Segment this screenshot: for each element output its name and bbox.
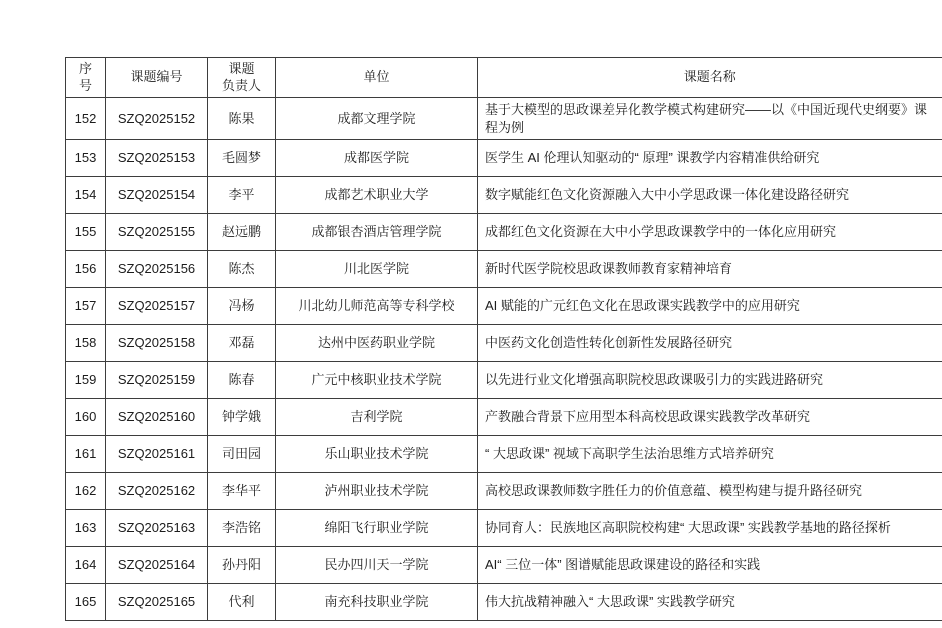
table-row: 153SZQ2025153毛圆梦成都医学院医学生 AI 伦理认知驱动的“ 原理”…: [66, 140, 942, 177]
title-cell: 中医药文化创造性转化创新性发展路径研究: [478, 325, 942, 362]
code-cell: SZQ2025163: [106, 510, 208, 547]
column-header-leader: 课题 负责人: [208, 58, 276, 98]
leader-cell: 李平: [208, 177, 276, 214]
table-row: 159SZQ2025159陈春广元中核职业技术学院以先进行业文化增强高职院校思政…: [66, 362, 942, 399]
leader-cell: 冯杨: [208, 288, 276, 325]
title-cell: 医学生 AI 伦理认知驱动的“ 原理” 课教学内容精准供给研究: [478, 140, 942, 177]
column-header-title: 课题名称: [478, 58, 942, 98]
serial-cell: 161: [66, 436, 106, 473]
serial-cell: 162: [66, 473, 106, 510]
title-cell: 伟大抗战精神融入“ 大思政课” 实践教学研究: [478, 584, 942, 621]
code-cell: SZQ2025160: [106, 399, 208, 436]
code-cell: SZQ2025153: [106, 140, 208, 177]
table-row: 165SZQ2025165代利南充科技职业学院伟大抗战精神融入“ 大思政课” 实…: [66, 584, 942, 621]
title-cell: 高校思政课教师数字胜任力的价值意蕴、模型构建与提升路径研究: [478, 473, 942, 510]
serial-cell: 157: [66, 288, 106, 325]
leader-cell: 司田园: [208, 436, 276, 473]
code-cell: SZQ2025155: [106, 214, 208, 251]
column-header-code: 课题编号: [106, 58, 208, 98]
table-row: 154SZQ2025154李平成都艺术职业大学数字赋能红色文化资源融入大中小学思…: [66, 177, 942, 214]
leader-cell: 孙丹阳: [208, 547, 276, 584]
table-row: 161SZQ2025161司田园乐山职业技术学院“ 大思政课” 视域下高职学生法…: [66, 436, 942, 473]
column-header-unit: 单位: [276, 58, 478, 98]
code-cell: SZQ2025161: [106, 436, 208, 473]
title-cell: 基于大模型的思政课差异化教学模式构建研究——以《中国近现代史纲要》课程为例: [478, 98, 942, 140]
unit-cell: 成都银杏酒店管理学院: [276, 214, 478, 251]
code-cell: SZQ2025158: [106, 325, 208, 362]
serial-cell: 159: [66, 362, 106, 399]
table-row: 152SZQ2025152陈果成都文理学院基于大模型的思政课差异化教学模式构建研…: [66, 98, 942, 140]
table-row: 164SZQ2025164孙丹阳民办四川天一学院AI“ 三位一体” 图谱赋能思政…: [66, 547, 942, 584]
document-page: 序 号课题编号课题 负责人单位课题名称 152SZQ2025152陈果成都文理学…: [65, 57, 942, 621]
unit-cell: 绵阳飞行职业学院: [276, 510, 478, 547]
leader-cell: 赵远鹏: [208, 214, 276, 251]
title-cell: 成都红色文化资源在大中小学思政课教学中的一体化应用研究: [478, 214, 942, 251]
code-cell: SZQ2025152: [106, 98, 208, 140]
title-cell: 以先进行业文化增强高职院校思政课吸引力的实践进路研究: [478, 362, 942, 399]
table-row: 162SZQ2025162李华平泸州职业技术学院高校思政课教师数字胜任力的价值意…: [66, 473, 942, 510]
code-cell: SZQ2025159: [106, 362, 208, 399]
title-cell: 新时代医学院校思政课教师教育家精神培育: [478, 251, 942, 288]
serial-cell: 158: [66, 325, 106, 362]
leader-cell: 李浩铭: [208, 510, 276, 547]
table-row: 155SZQ2025155赵远鹏成都银杏酒店管理学院成都红色文化资源在大中小学思…: [66, 214, 942, 251]
leader-cell: 陈杰: [208, 251, 276, 288]
leader-cell: 李华平: [208, 473, 276, 510]
leader-cell: 代利: [208, 584, 276, 621]
table-body: 152SZQ2025152陈果成都文理学院基于大模型的思政课差异化教学模式构建研…: [66, 98, 942, 621]
title-cell: 产教融合背景下应用型本科高校思政课实践教学改革研究: [478, 399, 942, 436]
leader-cell: 邓磊: [208, 325, 276, 362]
serial-cell: 155: [66, 214, 106, 251]
unit-cell: 川北幼儿师范高等专科学校: [276, 288, 478, 325]
leader-cell: 陈春: [208, 362, 276, 399]
code-cell: SZQ2025165: [106, 584, 208, 621]
title-cell: AI“ 三位一体” 图谱赋能思政课建设的路径和实践: [478, 547, 942, 584]
table-row: 157SZQ2025157冯杨川北幼儿师范高等专科学校AI 赋能的广元红色文化在…: [66, 288, 942, 325]
code-cell: SZQ2025157: [106, 288, 208, 325]
code-cell: SZQ2025154: [106, 177, 208, 214]
code-cell: SZQ2025156: [106, 251, 208, 288]
unit-cell: 乐山职业技术学院: [276, 436, 478, 473]
serial-cell: 152: [66, 98, 106, 140]
code-cell: SZQ2025164: [106, 547, 208, 584]
title-cell: 协同育人：民族地区高职院校构建“ 大思政课” 实践教学基地的路径探析: [478, 510, 942, 547]
unit-cell: 民办四川天一学院: [276, 547, 478, 584]
unit-cell: 泸州职业技术学院: [276, 473, 478, 510]
serial-cell: 154: [66, 177, 106, 214]
unit-cell: 广元中核职业技术学院: [276, 362, 478, 399]
projects-table: 序 号课题编号课题 负责人单位课题名称 152SZQ2025152陈果成都文理学…: [65, 57, 942, 621]
unit-cell: 成都文理学院: [276, 98, 478, 140]
code-cell: SZQ2025162: [106, 473, 208, 510]
unit-cell: 南充科技职业学院: [276, 584, 478, 621]
serial-cell: 164: [66, 547, 106, 584]
serial-cell: 153: [66, 140, 106, 177]
title-cell: 数字赋能红色文化资源融入大中小学思政课一体化建设路径研究: [478, 177, 942, 214]
leader-cell: 钟学娥: [208, 399, 276, 436]
serial-cell: 160: [66, 399, 106, 436]
leader-cell: 陈果: [208, 98, 276, 140]
serial-cell: 163: [66, 510, 106, 547]
table-row: 156SZQ2025156陈杰川北医学院新时代医学院校思政课教师教育家精神培育: [66, 251, 942, 288]
leader-cell: 毛圆梦: [208, 140, 276, 177]
serial-cell: 156: [66, 251, 106, 288]
table-row: 163SZQ2025163李浩铭绵阳飞行职业学院协同育人：民族地区高职院校构建“…: [66, 510, 942, 547]
column-header-serial: 序 号: [66, 58, 106, 98]
unit-cell: 吉利学院: [276, 399, 478, 436]
serial-cell: 165: [66, 584, 106, 621]
table-header-row: 序 号课题编号课题 负责人单位课题名称: [66, 58, 942, 98]
title-cell: AI 赋能的广元红色文化在思政课实践教学中的应用研究: [478, 288, 942, 325]
unit-cell: 川北医学院: [276, 251, 478, 288]
table-row: 158SZQ2025158邓磊达州中医药职业学院中医药文化创造性转化创新性发展路…: [66, 325, 942, 362]
table-row: 160SZQ2025160钟学娥吉利学院产教融合背景下应用型本科高校思政课实践教…: [66, 399, 942, 436]
unit-cell: 成都艺术职业大学: [276, 177, 478, 214]
unit-cell: 达州中医药职业学院: [276, 325, 478, 362]
title-cell: “ 大思政课” 视域下高职学生法治思维方式培养研究: [478, 436, 942, 473]
unit-cell: 成都医学院: [276, 140, 478, 177]
